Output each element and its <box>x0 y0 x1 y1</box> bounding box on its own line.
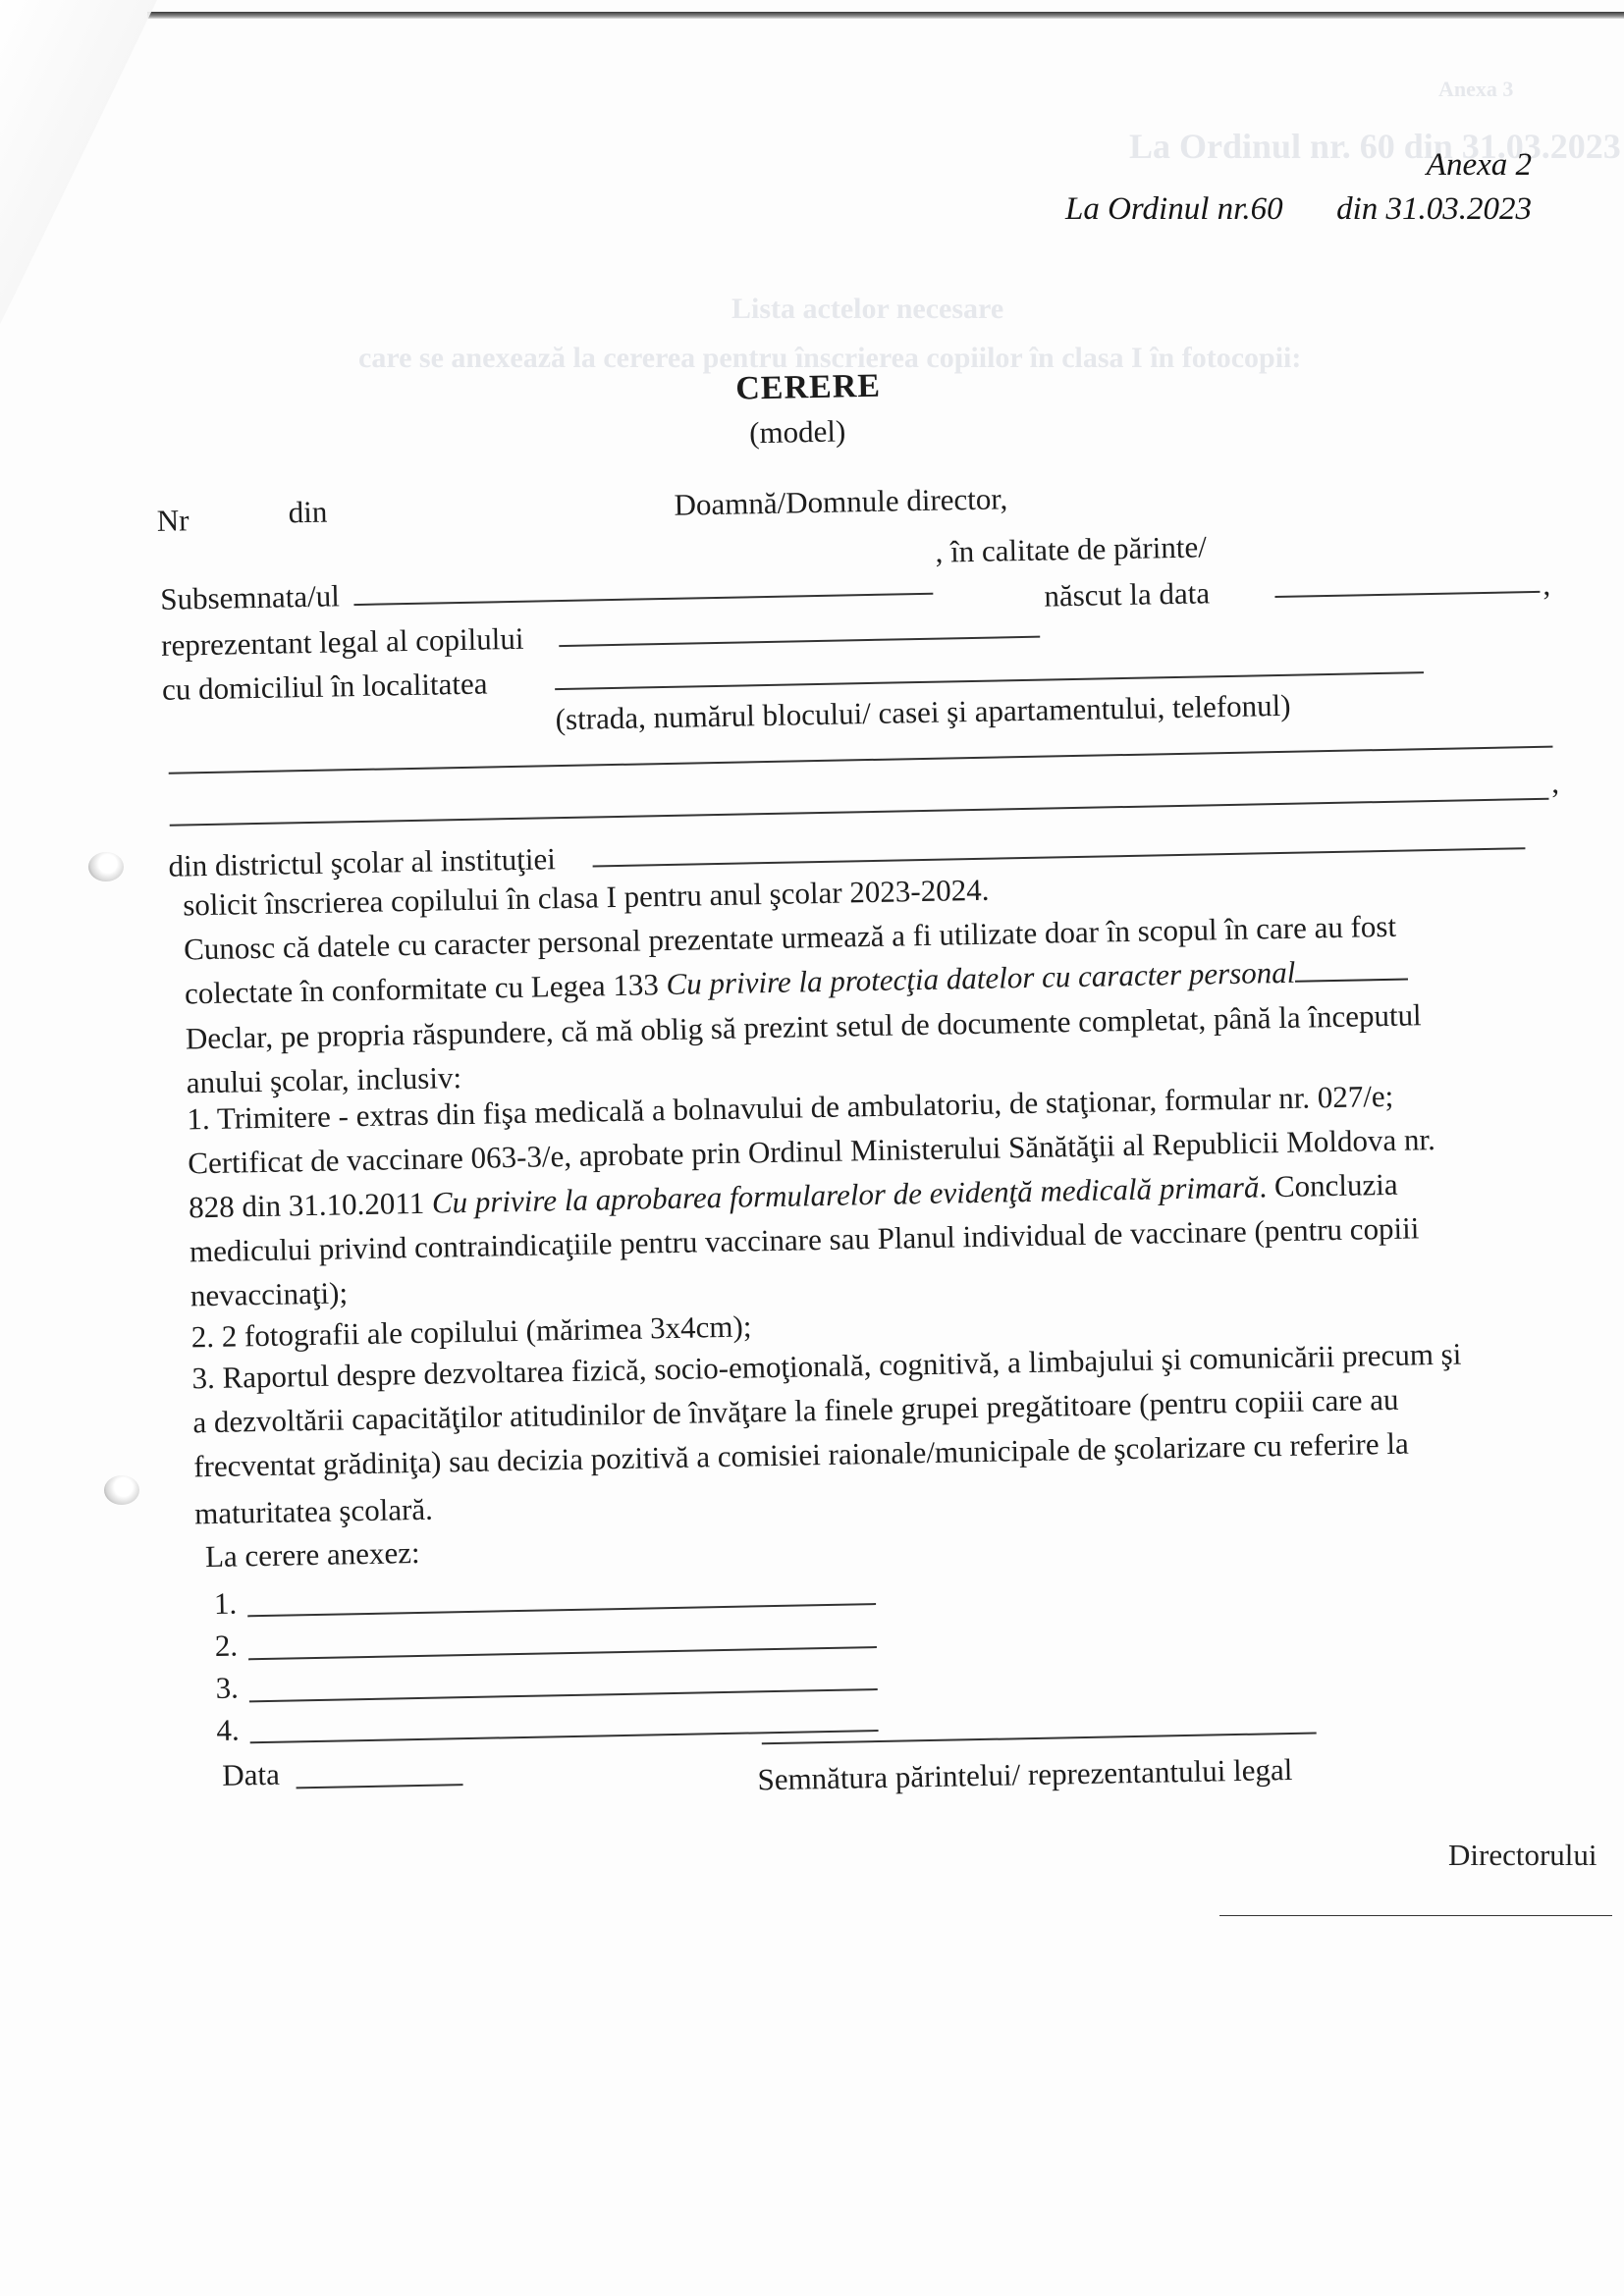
attachments-label: La cerere anexez: <box>205 1537 420 1572</box>
attachment-number-2: 2. <box>214 1630 238 1661</box>
director-label: Directorului <box>1448 1838 1597 1873</box>
reprezentant-label: reprezentant legal al copilului <box>161 623 524 661</box>
scanned-page: Anexa 3 La Ordinul nr. 60 din 31.03.2023… <box>0 0 1624 2296</box>
gdpr-law-title: Cu privire la protecţia datelor cu carac… <box>666 955 1295 1001</box>
comma-2: , <box>1551 768 1559 798</box>
document-subtitle: (model) <box>749 415 846 448</box>
attachment-number-1: 1. <box>214 1588 238 1619</box>
gdpr-law-text: colectate în conformitate cu Legea 133 <box>185 967 667 1010</box>
date-field[interactable] <box>297 1784 463 1789</box>
document-body: CERERE (model) Nr din Doamnă/Domnule dir… <box>0 0 1624 2296</box>
item-1-line-5: nevaccinaţi); <box>190 1277 349 1310</box>
locality-field[interactable] <box>555 671 1424 690</box>
gdpr-blank <box>1295 978 1408 983</box>
child-name-field[interactable] <box>559 636 1040 647</box>
order-ref-end: . Concluzia <box>1259 1167 1398 1204</box>
order-ref-title: Cu privire la aprobarea formularelor de … <box>432 1169 1260 1219</box>
order-ref-text: 828 din 31.10.2011 <box>189 1186 432 1225</box>
signature-label: Semnătura părintelui/ reprezentantului l… <box>757 1754 1292 1794</box>
subsemnata-label: Subsemnata/ul <box>160 580 340 614</box>
parent-role-text: , în calitate de părinte/ <box>935 531 1207 566</box>
address-hint: (strada, numărul blocului/ casei şi apar… <box>555 690 1290 734</box>
request-text: solicit înscrierea copilului în clasa I … <box>183 875 990 921</box>
item-2: 2. 2 fotografii ale copilului (mărimea 3… <box>190 1310 751 1352</box>
signature-field[interactable] <box>762 1732 1317 1744</box>
parent-name-field[interactable] <box>353 593 933 606</box>
din-label: din <box>288 497 327 528</box>
address-field-2[interactable] <box>170 798 1549 827</box>
nascut-label: născut la data <box>1044 577 1210 611</box>
attachment-number-4: 4. <box>216 1715 240 1745</box>
item-3-line-3: frecventat grădiniţa) sau decizia poziti… <box>193 1428 1409 1482</box>
director-signature-field[interactable] <box>1219 1915 1612 1916</box>
item-3-line-4: maturitatea şcolară. <box>194 1494 433 1529</box>
document-title: CERERE <box>735 368 881 408</box>
attachment-field-1[interactable] <box>247 1603 876 1617</box>
attachment-field-2[interactable] <box>248 1646 877 1660</box>
salutation: Doamnă/Domnule director, <box>674 483 1007 520</box>
domiciliu-label: cu domiciliul în localitatea <box>162 667 488 704</box>
attachment-field-3[interactable] <box>249 1688 878 1702</box>
declare-line-2: anului şcolar, inclusiv: <box>186 1062 461 1097</box>
attachment-number-3: 3. <box>215 1673 239 1703</box>
nr-label: Nr <box>156 505 189 536</box>
birth-date-field[interactable] <box>1274 591 1540 598</box>
address-field[interactable] <box>169 746 1553 774</box>
comma-1: , <box>1543 569 1550 600</box>
institution-field[interactable] <box>593 847 1526 867</box>
declare-line-1: Declar, pe propria răspundere, că mă obl… <box>186 999 1422 1053</box>
district-label: din districtul şcolar al instituţiei <box>168 843 556 881</box>
date-label: Data <box>222 1759 280 1790</box>
